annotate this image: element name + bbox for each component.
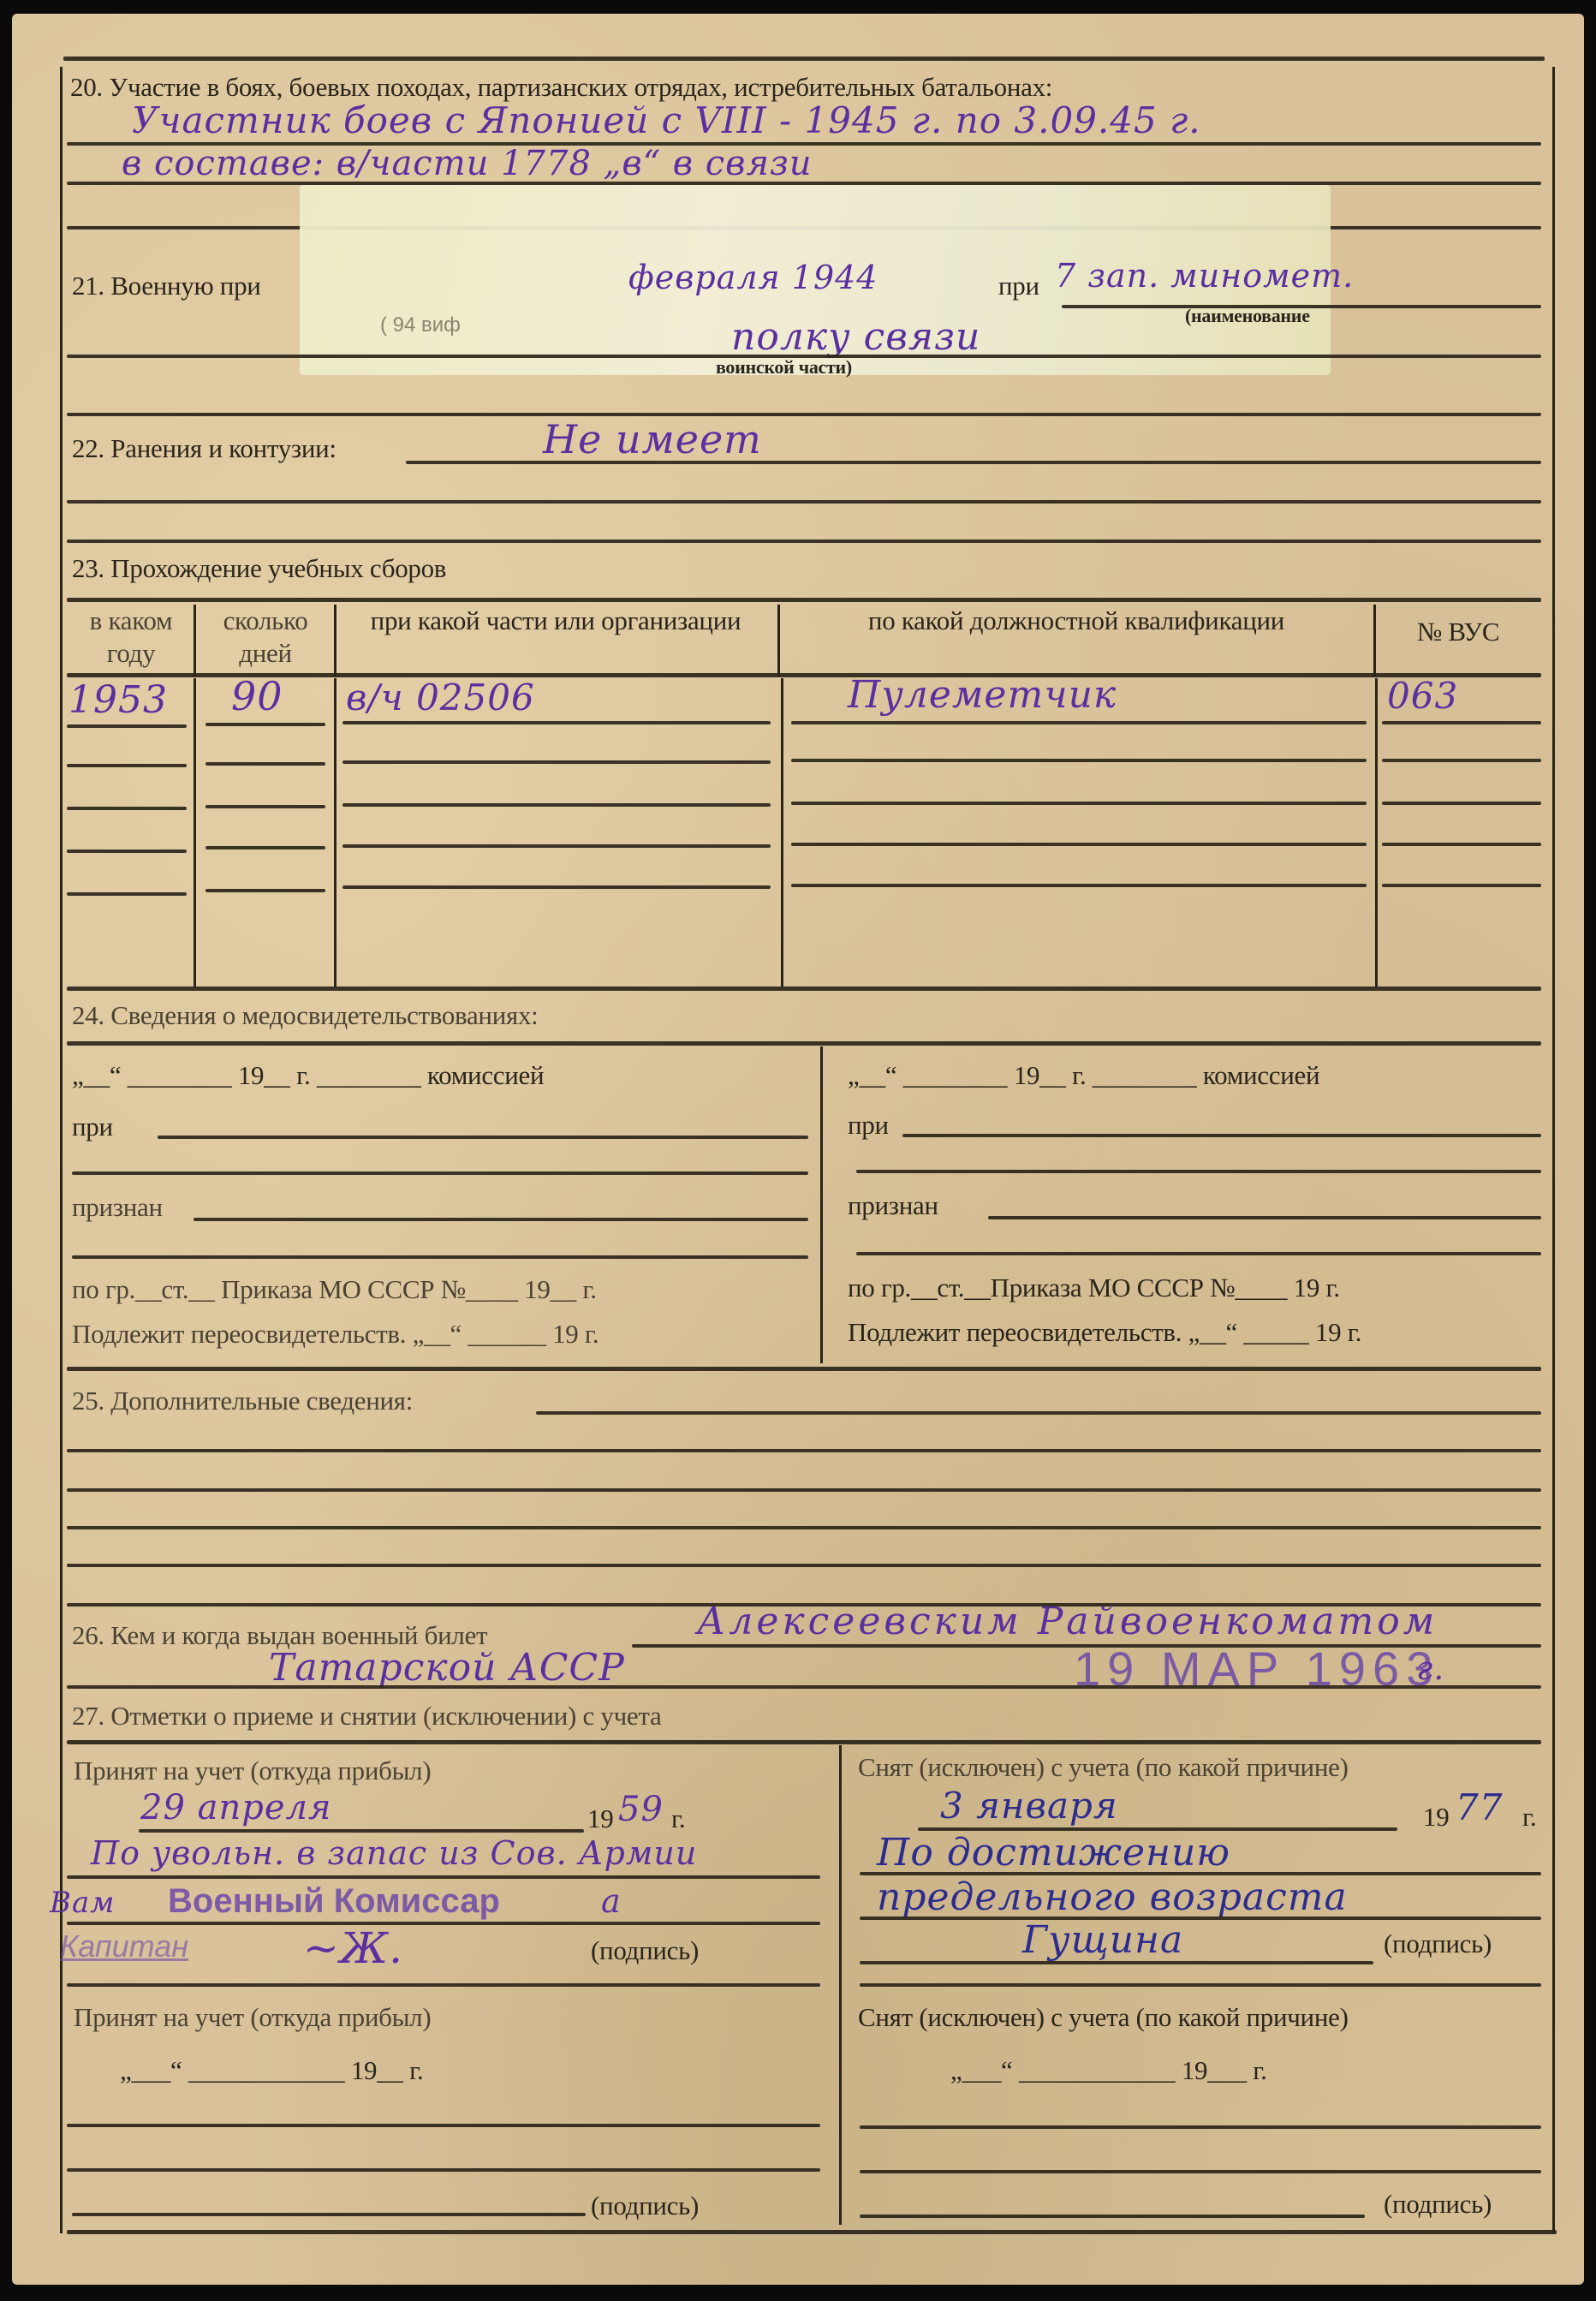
commissar-signature: ~Ж. [303,1923,403,1973]
cell-year: 1953 [68,678,168,722]
table-divider [777,605,780,677]
section25-label: 25. Дополнительные сведения: [72,1386,413,1416]
section23-label: 23. Прохождение учебных сборов [72,553,446,584]
table-header-qualification: по какой должностной квалификации [781,605,1372,637]
registered-year-handwritten: 59 [618,1790,664,1829]
rule [67,724,187,728]
rule [67,1983,820,1987]
rule [205,846,325,849]
rule [1382,802,1541,805]
rule [1382,884,1541,887]
rule [1382,759,1541,762]
rule [860,1983,1541,1987]
section22-value-handwritten: Не имеет [543,416,762,462]
signature-label-2: (подпись) [1384,1928,1492,1959]
rule [342,760,771,764]
signature-label-4: (подпись) [1384,2189,1492,2220]
rule [342,885,771,889]
commissar-stamp: Военный Комиссар [168,1882,500,1921]
military-card-page: 20. Участие в боях, боевых походах, парт… [12,14,1584,2285]
table-divider [334,605,336,677]
rule [536,1411,1541,1415]
rule [342,803,771,807]
rule [67,413,1541,416]
table-divider [194,678,196,987]
deregistered-reason-handwritten-1: По достижению [877,1831,1230,1875]
table-divider [194,605,196,677]
commissar-stamp-suffix: а [601,1882,622,1920]
rule [67,1041,1541,1046]
rule [158,1136,808,1139]
table-divider [1373,605,1376,677]
section21-pri: при [998,271,1039,301]
signature-label-1: (подпись) [591,1935,699,1966]
section21-caption-unit: воинской части) [716,356,852,379]
rule [406,461,1541,464]
rule [205,805,325,808]
registered-heading-1: Принят на учет (откуда прибыл) [74,1756,431,1786]
rule [72,1171,808,1175]
table-divider [334,678,336,987]
deregistered-reason-handwritten-2: предельного возраста [877,1875,1348,1919]
rule [860,2125,1541,2129]
rule [988,1216,1541,1219]
registered-date-line-2: „___“ ____________ 19__ г. [120,2055,423,2086]
rule [67,1875,820,1879]
rule [67,1449,1541,1452]
rule [67,2124,820,2127]
deregistered-year-handwritten: 77 [1456,1786,1503,1828]
rule [72,2213,586,2216]
rule [1382,721,1541,724]
section24-label: 24. Сведения о медосвидетельствованиях: [72,1000,538,1031]
rule [67,1564,1541,1567]
table-header-unit: при какой части или организации [337,605,774,637]
cell-vus: 063 [1387,675,1458,717]
rule [1382,843,1541,846]
section26-issuer-handwritten: Алексеевским Райвоенкоматом [697,1600,1438,1643]
rule [205,723,325,726]
rule [67,1740,1541,1744]
cell-days: 90 [231,673,283,719]
rule [791,802,1367,805]
medexam-right-priznan: признан [848,1190,938,1221]
section22-label: 22. Ранения и контузии: [72,433,336,464]
rule [860,2170,1541,2173]
rule [67,892,187,896]
cell-unit: в/ч 02506 [346,677,535,718]
registered-year-suffix: г. [671,1803,685,1834]
medexam-left-date-line: „__“ ________ 19__ г. ________ комиссией [72,1060,544,1091]
rule [72,1255,808,1259]
table-header-days: сколько дней [199,605,332,670]
top-rule [63,57,1545,61]
section20-line1-handwritten: Участник боев с Японией с VIII - 1945 г.… [132,99,1201,141]
patch-faded-text: ( 94 виф [380,313,461,337]
rule [67,1922,820,1925]
rule [67,539,1541,543]
rule [67,2168,820,2172]
section21-label: 21. Военную при [72,271,261,301]
table-divider [781,678,783,987]
section20-label: 20. Участие в боях, боевых походах, парт… [70,72,1052,103]
rule [791,759,1367,762]
rule [67,1367,1541,1371]
table-header-vus: № ВУС [1377,617,1539,647]
deregistered-heading-1: Снят (исключен) с учета (по какой причин… [858,1752,1349,1783]
registered-date-handwritten: 29 апреля [140,1788,331,1827]
registered-year-prefix: 19 [587,1803,613,1834]
section27-label: 27. Отметки о приеме и снятии (исключени… [72,1701,661,1732]
medexam-left-pri: при [72,1112,113,1142]
deregistered-heading-2: Снят (исключен) с учета (по какой причин… [858,2002,1349,2033]
section21-caption-name: (наименование [1185,305,1310,327]
registered-heading-2: Принят на учет (откуда прибыл) [74,2002,431,2033]
section26-issuer-handwritten-2: Татарской АССР [269,1646,625,1690]
section27-divider [839,1745,842,2225]
rule [791,884,1367,887]
cell-qualification: Пулеметчик [848,673,1117,717]
rule [67,764,187,767]
rule [205,889,325,892]
deregistered-signer-handwritten: Гущина [1022,1918,1183,1962]
rule [205,762,325,766]
rule [860,2215,1365,2218]
section20-line2-handwritten: в составе: в/части 1778 „в“ в связи [122,144,813,183]
deregistered-date-handwritten: 3 января [940,1785,1118,1827]
rule [67,807,187,810]
medexam-left-priznan: признан [72,1192,163,1223]
rule [67,673,1541,677]
rule [860,1961,1373,1964]
rule [67,500,1541,504]
rule [856,1252,1541,1255]
rule [791,843,1367,846]
section21-unit-handwritten-2: полку связи [731,315,980,359]
medexam-left-resurvey: Подлежит переосвидетельств. „__“ ______ … [72,1319,598,1350]
deregistered-year-suffix: г. [1522,1802,1536,1833]
rule [342,721,771,724]
rule [67,598,1541,602]
rule [67,1488,1541,1492]
rule [67,987,1541,991]
section24-divider [820,1046,823,1363]
signature-label-3: (подпись) [591,2191,699,2221]
section21-unit-handwritten: 7 зап. миномет. [1055,257,1354,295]
rank-stamp: Капитан [60,1928,188,1964]
registered-reason-handwritten: По увольн. в запас из Сов. Армии [91,1834,697,1872]
table-divider [1375,678,1378,987]
medexam-right-pri: при [848,1110,889,1141]
section21-date-handwritten: февраля 1944 [628,259,878,296]
rule [342,844,771,848]
registered-stamp-prefix: Вам [50,1886,115,1920]
issue-date-suffix: г. [1416,1649,1444,1687]
deregistered-date-line-2: „___“ ____________ 19___ г. [950,2055,1267,2086]
rule [67,1526,1541,1529]
deregistered-year-prefix: 19 [1423,1802,1449,1833]
medexam-right-order: по гр.__ст.__Приказа МО СССР №____ 19 г. [848,1273,1340,1303]
rule [856,1170,1541,1173]
rule [67,1685,1541,1689]
rule [860,1917,1541,1920]
rule [902,1134,1541,1137]
medexam-left-order: по гр.__ст.__ Приказа МО СССР №____ 19__… [72,1274,597,1305]
rule [67,849,187,853]
rule [139,1829,584,1833]
rule [791,721,1367,724]
rule [194,1218,808,1221]
bottom-rule [67,2230,1557,2234]
medexam-right-date-line: „__“ ________ 19__ г. ________ комиссией [848,1060,1319,1091]
table-header-year: в каком году [67,605,195,670]
medexam-right-resurvey: Подлежит переосвидетельств. „__“ _____ 1… [848,1317,1361,1348]
